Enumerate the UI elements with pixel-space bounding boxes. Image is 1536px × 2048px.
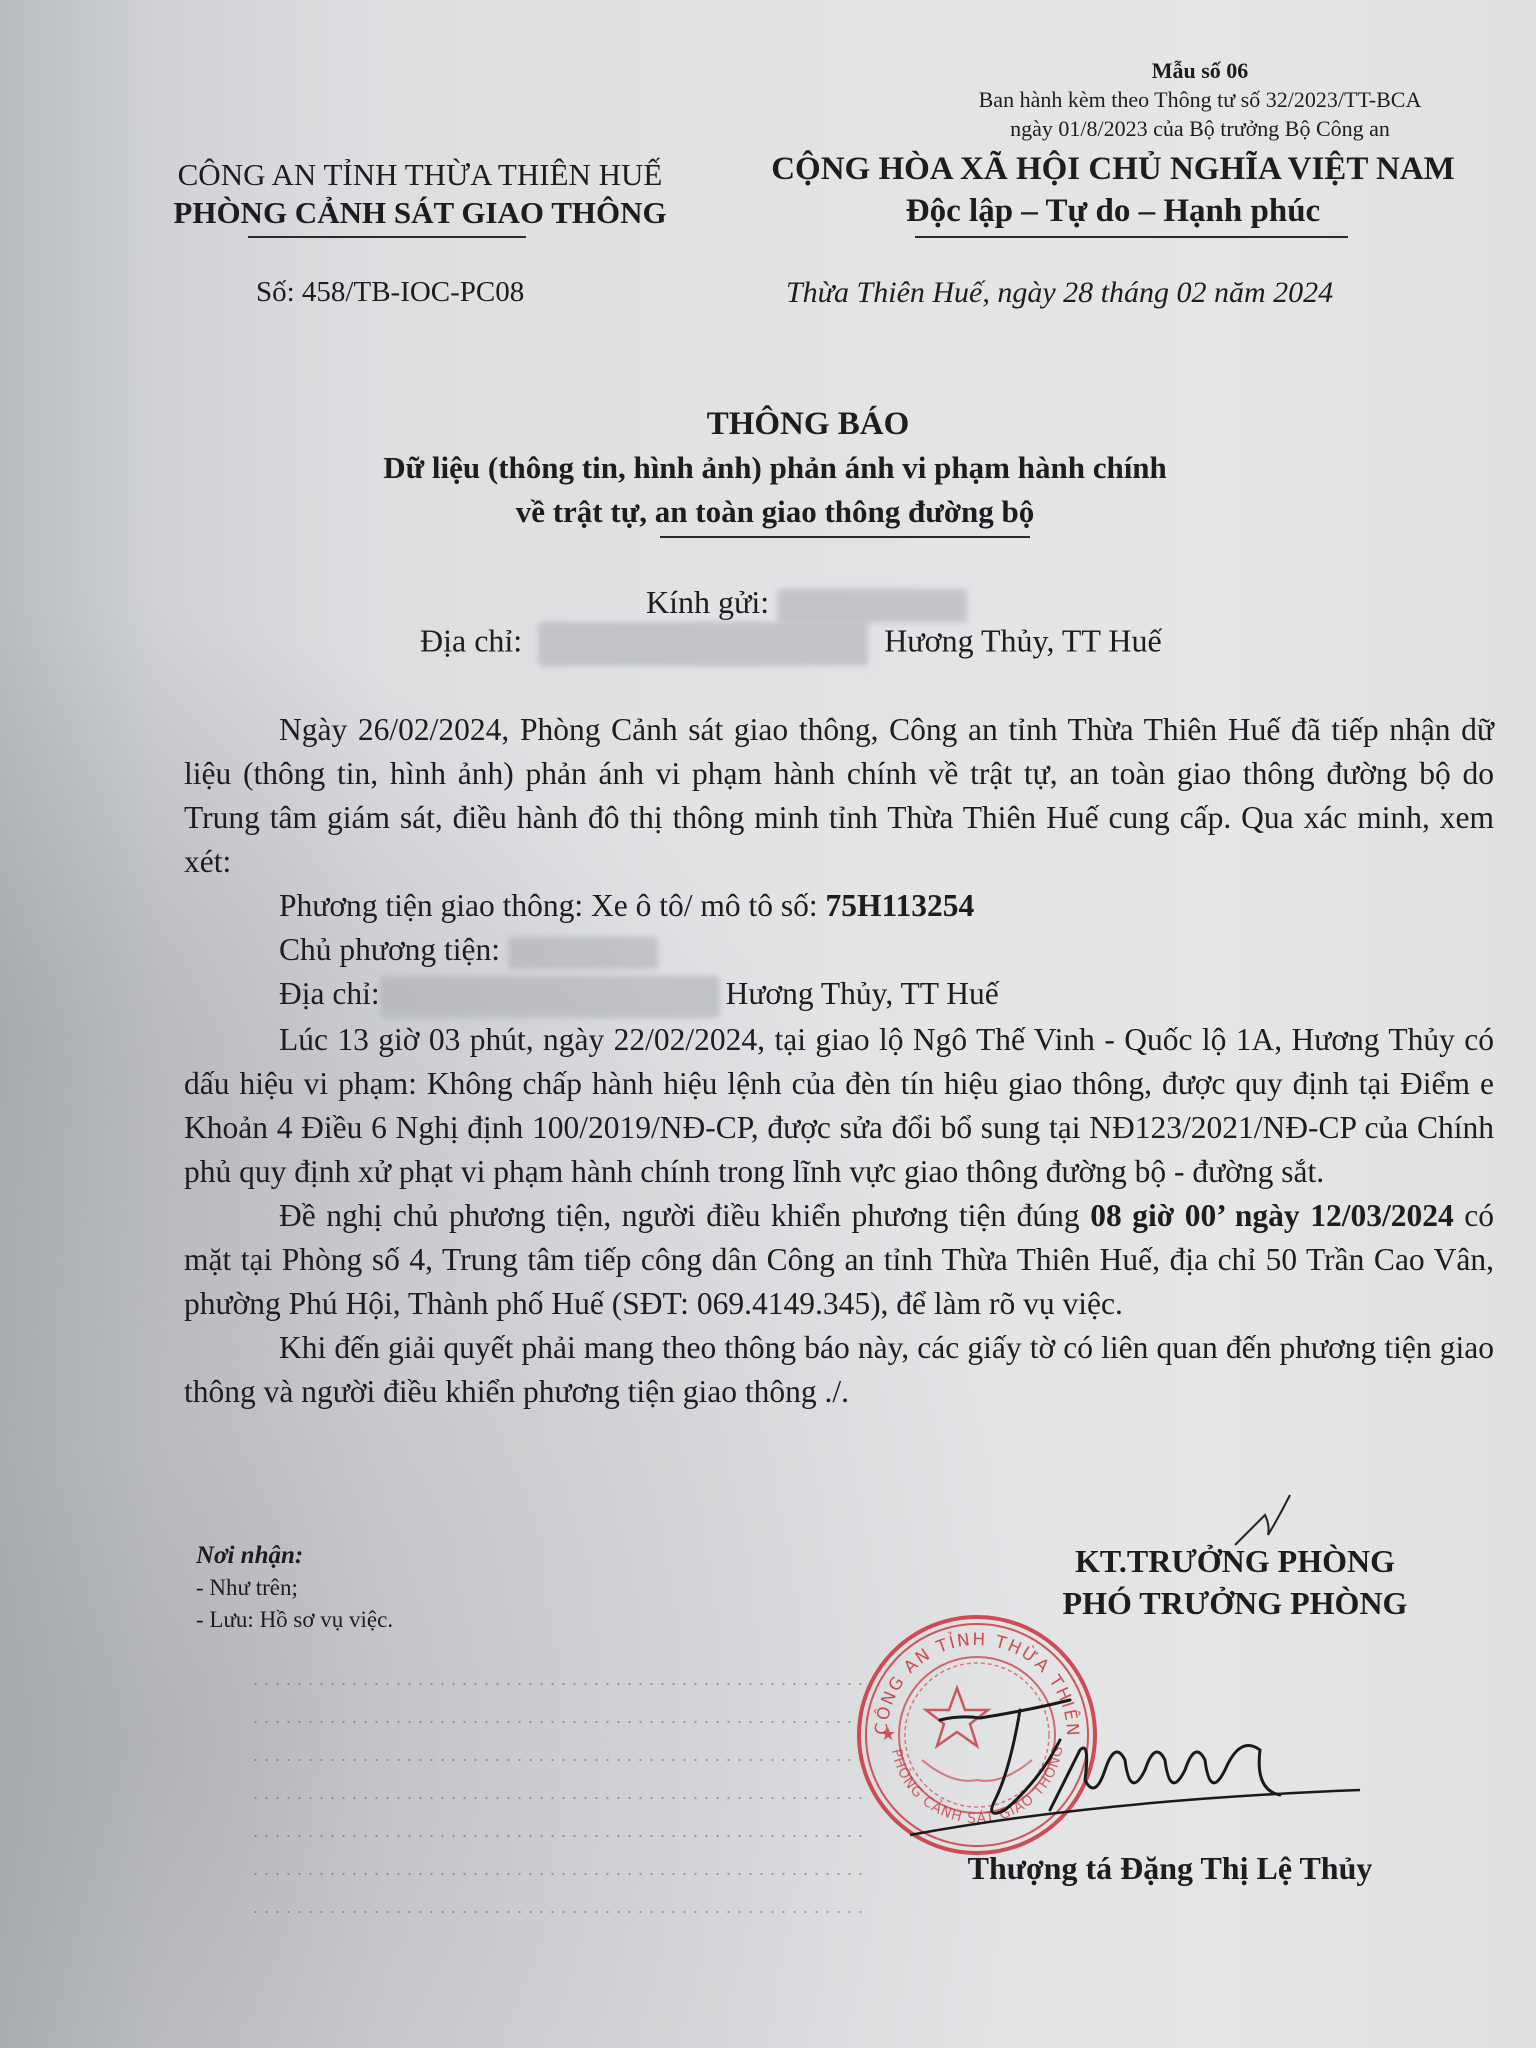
vehicle-line: Phương tiện giao thông: Xe ô tô/ mô tô s… [184,884,1494,928]
notice-body: Ngày 26/02/2024, Phòng Cảnh sát giao thô… [184,708,1494,1414]
redacted-address [538,622,868,666]
owner-address-visible: Hương Thủy, TT Huế [726,976,999,1011]
paragraph-received: Ngày 26/02/2024, Phòng Cảnh sát giao thô… [184,708,1494,884]
signer-name: Thượng tá Đặng Thị Lệ Thủy [880,1850,1460,1887]
document-number: Số: 458/TB-IOC-PC08 [256,276,524,309]
document-title: THÔNG BÁO [0,406,1536,443]
summons-text-start: Đề nghị chủ phương tiện, người điều khiể… [279,1198,1090,1233]
subtitle-line2: về trật tự, an toàn giao thông đường bộ [250,490,1300,534]
paragraph-summons: Đề nghị chủ phương tiện, người điều khiể… [184,1194,1494,1326]
subtitle-underline [660,536,1030,538]
addressee-line: Kính gửi: [646,584,967,623]
recipients-heading: Nơi nhận: [196,1540,393,1572]
recipients-block: Nơi nhận: - Như trên; - Lưu: Hồ sơ vụ vi… [196,1540,393,1636]
vehicle-plate: 75H113254 [825,888,974,923]
summons-time: 08 giờ 00’ ngày 12/03/2024 [1090,1198,1454,1233]
national-line1: CỘNG HÒA XÃ HỘI CHỦ NGHĨA VIỆT NAM [738,148,1488,190]
address-label: Địa chỉ: [420,622,522,658]
form-number: Mẫu số 06 [920,56,1480,85]
redacted-owner-address [380,976,720,1018]
redacted-owner [508,937,658,969]
place-date: Thừa Thiên Huế, ngày 28 tháng 02 năm 202… [786,276,1333,310]
subtitle-line1: Dữ liệu (thông tin, hình ảnh) phản ánh v… [250,446,1300,490]
handwritten-signature-icon [900,1660,1370,1860]
issuer-line1: CÔNG AN TỈNH THỪA THIÊN HUẾ [140,156,700,194]
vehicle-label: Phương tiện giao thông: Xe ô tô/ mô tô s… [279,888,825,923]
issuer-header: CÔNG AN TỈNH THỪA THIÊN HUẾ PHÒNG CẢNH S… [140,156,700,232]
addressee-label: Kính gửi: [646,584,769,620]
svg-text:★: ★ [880,1724,896,1744]
issuer-underline [248,236,526,238]
form-reference: Mẫu số 06 Ban hành kèm theo Thông tư số … [920,56,1480,143]
owner-line: Chủ phương tiện: [184,928,1494,972]
address-visible: Hương Thủy, TT Huế [884,622,1162,658]
national-header: CỘNG HÒA XÃ HỘI CHỦ NGHĨA VIỆT NAM Độc l… [738,148,1488,232]
recipient-item: - Lưu: Hồ sơ vụ việc. [196,1604,393,1636]
recipient-item: - Như trên; [196,1572,393,1604]
document-page: Mẫu số 06 Ban hành kèm theo Thông tư số … [0,0,1536,2048]
initial-mark-icon [1230,1490,1300,1550]
redacted-name [777,589,967,623]
form-issued-with: Ban hành kèm theo Thông tư số 32/2023/TT… [920,85,1480,114]
national-motto: Độc lập – Tự do – Hạnh phúc [738,190,1488,232]
paragraph-violation: Lúc 13 giờ 03 phút, ngày 22/02/2024, tại… [184,1018,1494,1194]
document-subtitle: Dữ liệu (thông tin, hình ảnh) phản ánh v… [250,446,1300,534]
owner-address-label: Địa chỉ: [279,976,380,1011]
motto-underline [915,236,1348,238]
form-issued-date: ngày 01/8/2023 của Bộ trưởng Bộ Công an [920,114,1480,143]
owner-address-line: Địa chỉ:Hương Thủy, TT Huế [184,972,1494,1018]
faint-print-residue [250,1665,870,1945]
paragraph-documents: Khi đến giải quyết phải mang theo thông … [184,1326,1494,1414]
owner-label: Chủ phương tiện: [279,932,500,967]
issuer-line2: PHÒNG CẢNH SÁT GIAO THÔNG [140,194,700,232]
addressee-address: Địa chỉ: Hương Thủy, TT Huế [420,622,1162,666]
